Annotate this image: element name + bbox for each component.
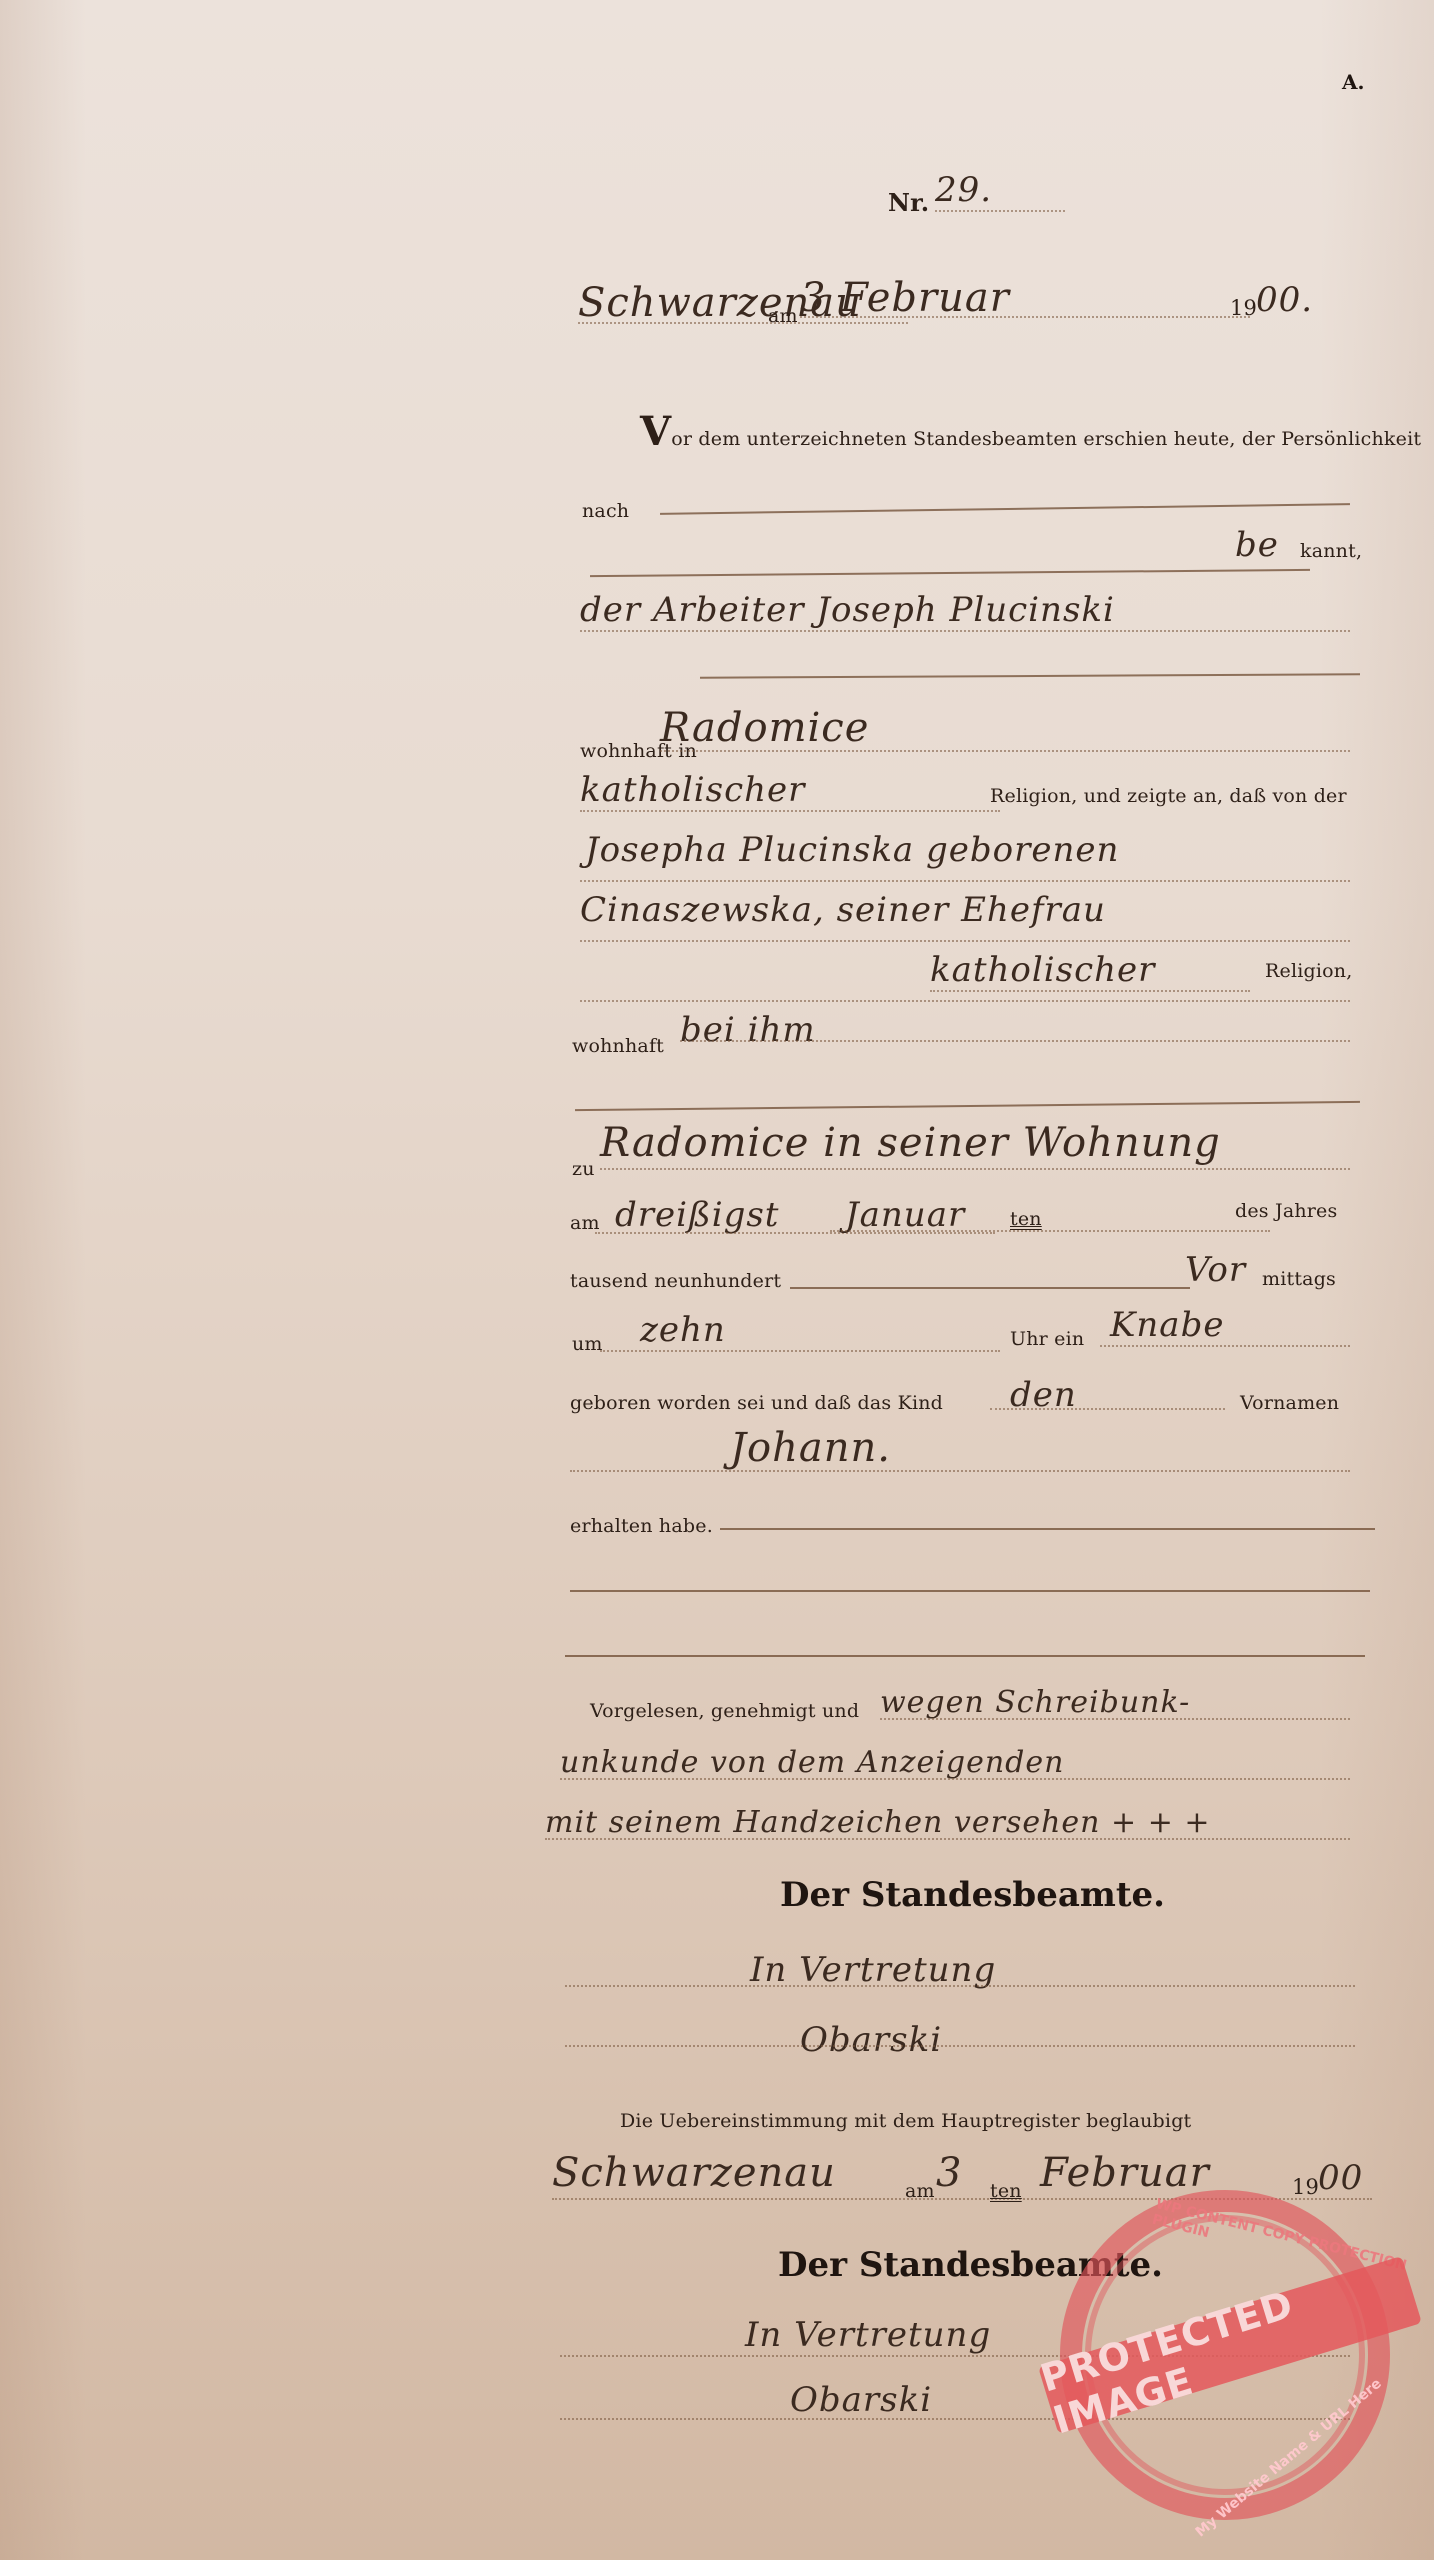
mittags-label: mittags [1262,1268,1336,1290]
signature2-line2: Obarski [790,2380,932,2420]
child-name: Johann. [730,1425,891,1471]
mother-name-line2: Cinaszewska, seiner Ehefrau [580,890,1106,930]
birth-place-value: Radomice in seiner Wohnung [600,1120,1221,1166]
des-jahres-label: des Jahres [1235,1200,1337,1222]
certification-month: Februar [1040,2150,1210,2196]
rule [830,1230,1270,1232]
rule [570,1590,1370,1592]
rule [580,810,1000,812]
certification-place: Schwarzenau [552,2150,836,2196]
mother-residence-value: bei ihm [680,1010,816,1050]
signature1-title: Der Standesbeamte. [780,1875,1165,1915]
corner-mark: A. [1342,70,1364,94]
header-date: 3 Februar [800,275,1010,321]
mother-residence-label: wohnhaft [572,1035,664,1057]
birth-place-label: zu [572,1158,595,1180]
certification-text: Die Uebereinstimmung mit dem Hauptregist… [620,2110,1191,2132]
birth-hour: zehn [640,1310,726,1350]
closing-line1: wegen Schreibunk- [880,1685,1190,1720]
rule [660,503,1350,515]
vor-hand: Vor [1185,1250,1246,1290]
religion-label: Religion, und zeigte an, daß von der [990,785,1347,807]
rule [680,1040,1350,1042]
rule [545,1838,1350,1840]
certification-day: 3 [936,2150,962,2196]
rule [565,1655,1365,1657]
rule [600,1168,1350,1170]
rule [880,1718,1350,1720]
certification-year-suffix: 00 [1318,2158,1363,2198]
closing-line2: unkunde von dem Anzeigenden [560,1745,1064,1780]
intro-body: or dem unterzeichneten Standesbeamten er… [671,428,1421,450]
rule [930,990,1250,992]
birth-date-ten-label: ten [1010,1208,1042,1230]
rule [560,1778,1350,1780]
birth-month: Januar [845,1195,965,1235]
nach-label: nach [582,500,629,522]
erhalten-label: erhalten habe. [570,1515,713,1537]
signature1-line1: In Vertretung [750,1950,996,1990]
mother-name-line1: Josepha Plucinska geborenen [585,830,1119,870]
birth-day: dreißigst [615,1195,779,1235]
rule [790,1287,1190,1289]
rule [600,1350,1000,1352]
vornamen-label: Vornamen [1240,1392,1339,1414]
year-label: tausend neunhundert [570,1270,781,1292]
header-am-label: am [768,305,798,327]
child-name-label: geboren worden sei und daß das Kind [570,1392,943,1414]
declarant-name: der Arbeiter Joseph Plucinski [580,590,1115,630]
kannt-label: kannt, [1300,540,1362,562]
rule [700,673,1360,678]
rule [580,1000,1350,1002]
rule [800,316,1250,318]
rule [575,1101,1360,1111]
number-label: Nr. [888,188,929,217]
certification-am-label: am [905,2180,935,2202]
closing-line3: mit seinem Handzeichen versehen + + + [545,1805,1211,1840]
certification-ten-label: ten [990,2180,1022,2202]
rule [580,630,1350,632]
header-year-prefix: 19 [1230,296,1257,320]
rule [565,1985,1355,1987]
religion-value: katholischer [580,770,805,810]
certification-year-prefix: 19 [1292,2175,1319,2199]
number-value: 29. [935,170,992,210]
rule [660,750,1350,752]
mother-religion-value: katholischer [930,950,1155,990]
header-year-suffix: 00. [1256,280,1313,320]
residence-value: Radomice [660,705,869,751]
rule [990,1408,1225,1410]
rule [1100,1345,1350,1347]
be-hand: be [1235,525,1279,565]
intro-dropcap: V [640,408,671,455]
rule [578,322,908,324]
closing-label: Vorgelesen, genehmigt und [590,1700,859,1722]
rule [580,880,1350,882]
mother-religion-label: Religion, [1265,960,1352,982]
rule [590,569,1310,577]
rule [580,940,1350,942]
birth-time-um-label: um [572,1333,603,1355]
rule [570,1470,1350,1472]
intro-text: Vor dem unterzeichneten Standesbeamten e… [640,408,1421,455]
uhr-ein-label: Uhr ein [1010,1328,1084,1350]
signature1-line2: Obarski [800,2020,942,2060]
rule [935,210,1065,212]
birth-date-am-label: am [570,1212,600,1234]
child-sex: Knabe [1110,1305,1224,1345]
signature2-line1: In Vertretung [745,2315,991,2355]
rule [565,2045,1355,2047]
rule [720,1528,1375,1530]
